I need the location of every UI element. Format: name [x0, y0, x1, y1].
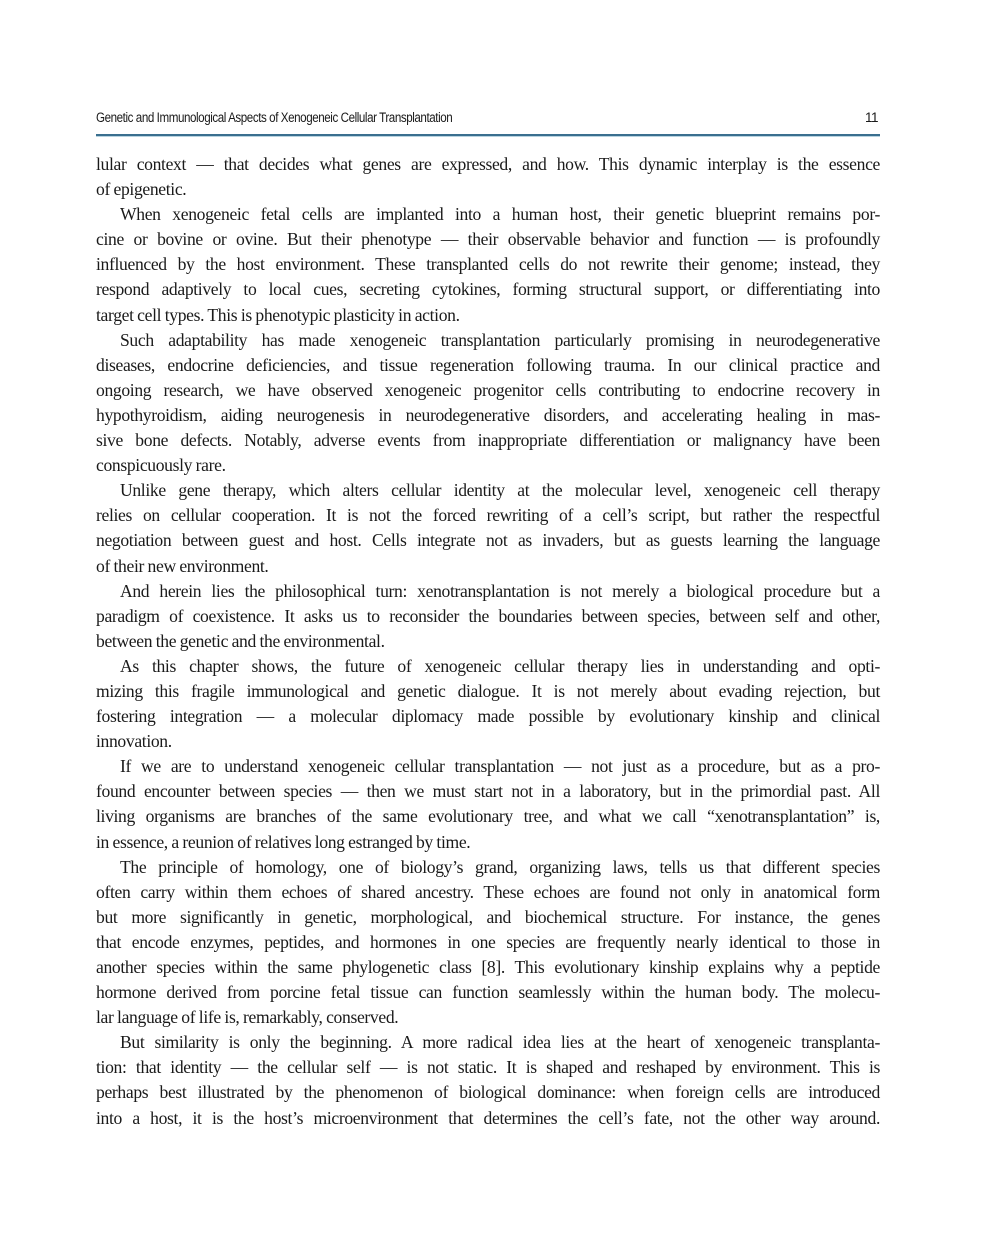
text-line: lar language of life is, remarkably, con… [96, 1005, 880, 1030]
text-line: target cell types. This is phenotypic pl… [96, 303, 880, 328]
text-line: Unlike gene therapy, which alters cellul… [96, 478, 880, 503]
text-line: But similarity is only the beginning. A … [96, 1030, 880, 1055]
paragraph: When xenogeneic fetal cells are implante… [96, 202, 880, 327]
text-line: hormone derived from porcine fetal tissu… [96, 980, 880, 1005]
text-line: into a host, it is the host’s microenvir… [96, 1106, 880, 1131]
body-text: lular context — that decides what genes … [96, 152, 880, 1131]
text-line: but more significantly in genetic, morph… [96, 905, 880, 930]
text-line: sive bone defects. Notably, adverse even… [96, 428, 880, 453]
text-line: paradigm of coexistence. It asks us to r… [96, 604, 880, 629]
paragraph: The principle of homology, one of biolog… [96, 855, 880, 1031]
text-line: found encounter between species — then w… [96, 779, 880, 804]
text-line: in essence, a reunion of relatives long … [96, 830, 880, 855]
text-line: conspicuously rare. [96, 453, 880, 478]
text-line: between the genetic and the environmenta… [96, 629, 880, 654]
text-line: cine or bovine or ovine. But their pheno… [96, 227, 880, 252]
text-line: fostering integration — a molecular dipl… [96, 704, 880, 729]
text-line: As this chapter shows, the future of xen… [96, 654, 880, 679]
text-line: innovation. [96, 729, 880, 754]
running-header: Genetic and Immunological Aspects of Xen… [96, 110, 880, 130]
paragraph: Such adaptability has made xenogeneic tr… [96, 328, 880, 479]
paragraph: Unlike gene therapy, which alters cellul… [96, 478, 880, 578]
text-line: And herein lies the philosophical turn: … [96, 579, 880, 604]
text-line: of epigenetic. [96, 177, 880, 202]
text-line: If we are to understand xenogeneic cellu… [96, 754, 880, 779]
text-line: respond adaptively to local cues, secret… [96, 277, 880, 302]
header-rule [96, 134, 880, 137]
text-line: influenced by the host environment. Thes… [96, 252, 880, 277]
running-title: Genetic and Immunological Aspects of Xen… [96, 110, 452, 125]
text-line: ongoing research, we have observed xenog… [96, 378, 880, 403]
paragraph: If we are to understand xenogeneic cellu… [96, 754, 880, 854]
text-line: tion: that identity — the cellular self … [96, 1055, 880, 1080]
text-line: living organisms are branches of the sam… [96, 804, 880, 829]
text-line: lular context — that decides what genes … [96, 152, 880, 177]
document-page: Genetic and Immunological Aspects of Xen… [0, 0, 1000, 1244]
paragraph: As this chapter shows, the future of xen… [96, 654, 880, 754]
paragraph: But similarity is only the beginning. A … [96, 1030, 880, 1130]
text-line: diseases, endocrine deficiencies, and ti… [96, 353, 880, 378]
text-line: Such adaptability has made xenogeneic tr… [96, 328, 880, 353]
text-line: negotiation between guest and host. Cell… [96, 528, 880, 553]
text-line: hypothyroidism, aiding neurogenesis in n… [96, 403, 880, 428]
paragraph: And herein lies the philosophical turn: … [96, 579, 880, 654]
text-line: When xenogeneic fetal cells are implante… [96, 202, 880, 227]
text-line: The principle of homology, one of biolog… [96, 855, 880, 880]
text-line: perhaps best illustrated by the phenomen… [96, 1080, 880, 1105]
text-line: another species within the same phylogen… [96, 955, 880, 980]
text-line: mizing this fragile immunological and ge… [96, 679, 880, 704]
text-line: often carry within them echoes of shared… [96, 880, 880, 905]
text-line: that encode enzymes, peptides, and hormo… [96, 930, 880, 955]
page-number: 11 [865, 110, 878, 125]
text-line: relies on cellular cooperation. It is no… [96, 503, 880, 528]
text-line: of their new environment. [96, 554, 880, 579]
paragraph: lular context — that decides what genes … [96, 152, 880, 202]
